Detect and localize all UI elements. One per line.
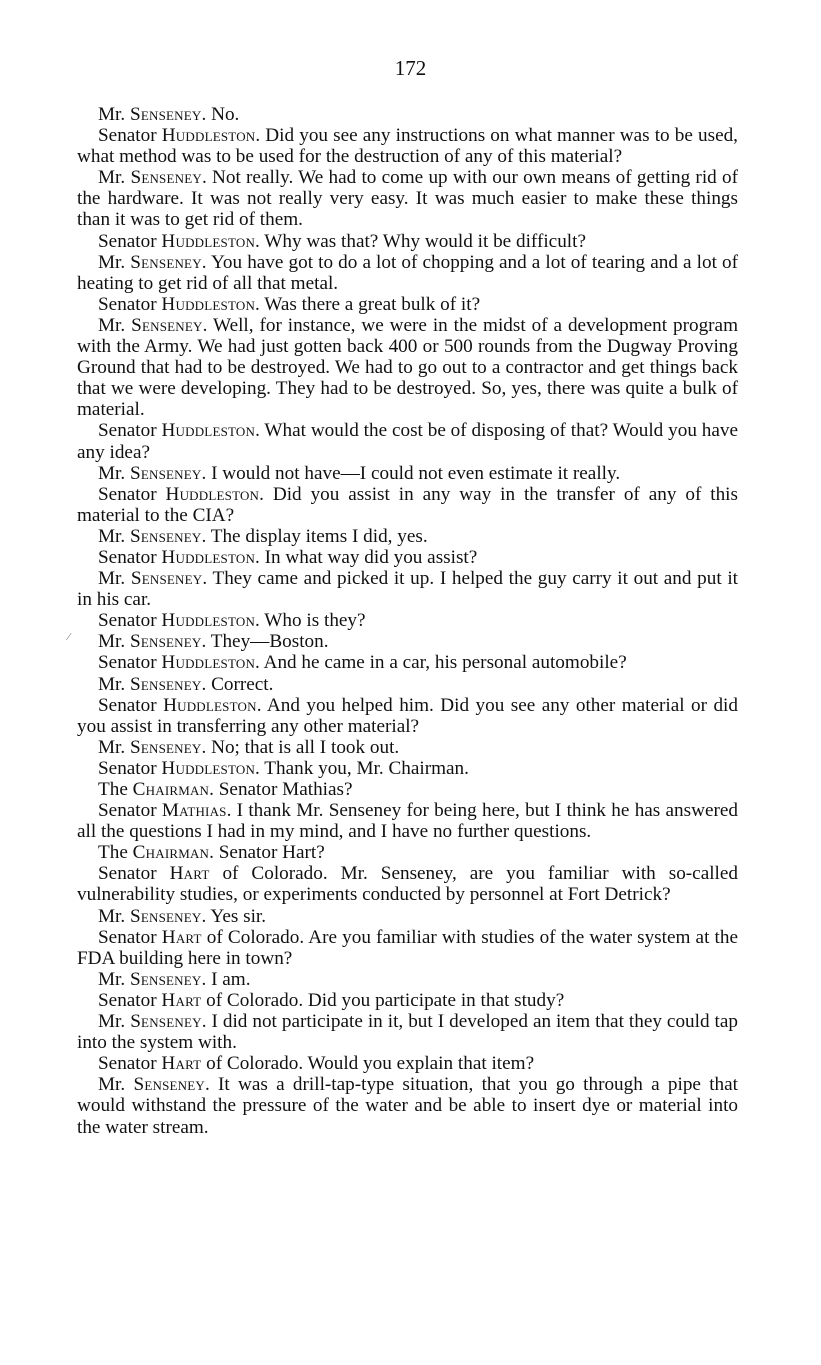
speaker-title: Mr. (98, 969, 130, 990)
transcript-paragraph: Mr. Senseney. I am. (77, 969, 738, 990)
speaker-title: Mr. (98, 252, 130, 273)
speech-text: . Senator Hart? (209, 842, 325, 863)
speaker-name: Mathias (162, 800, 227, 821)
speaker-name: Hart (161, 990, 201, 1011)
speaker-title: Mr. (98, 463, 130, 484)
speaker-title: Senator (98, 652, 161, 673)
speaker-title: Senator (98, 420, 161, 441)
speaker-name: Senseney (130, 463, 202, 484)
speaker-name: Senseney (130, 252, 202, 273)
transcript-paragraph: Senator Huddleston. Who is they? (77, 610, 738, 631)
transcript-paragraph: Senator Hart of Colorado. Mr. Senseney, … (77, 863, 738, 905)
speaker-title: Senator (98, 927, 162, 948)
transcript-paragraph: Senator Huddleston. Why was that? Why wo… (77, 231, 738, 252)
speaker-name: Senseney (130, 737, 202, 758)
speaker-title: Senator (98, 125, 162, 146)
speaker-suffix: of Colorado (201, 1053, 298, 1074)
speaker-title: Mr. (98, 568, 131, 589)
speaker-name: Huddleston (161, 610, 255, 631)
speaker-name: Chairman (133, 842, 210, 863)
speaker-name: Senseney (130, 906, 202, 927)
speaker-name: Hart (170, 863, 210, 884)
page-number: 172 (0, 56, 821, 80)
transcript-paragraph: Senator Huddleston. In what way did you … (77, 547, 738, 568)
speaker-name: Senseney (130, 631, 202, 652)
speaker-name: Huddleston (163, 695, 257, 716)
speaker-title: Mr. (98, 1011, 130, 1032)
transcript-paragraph: Senator Huddleston. Thank you, Mr. Chair… (77, 758, 738, 779)
speech-text: . Did you participate in that study? (298, 990, 564, 1011)
speaker-name: Huddleston (161, 758, 255, 779)
speaker-title: Senator (98, 484, 166, 505)
speaker-name: Senseney (131, 315, 203, 336)
speech-text: . Correct. (202, 674, 274, 695)
transcript-paragraph: Mr. Senseney. Yes sir. (77, 906, 738, 927)
speech-text: . Would you explain that item? (298, 1053, 534, 1074)
speaker-title: Senator (98, 863, 170, 884)
transcript-paragraph: Senator Huddleston. Was there a great bu… (77, 294, 738, 315)
transcript-paragraph: Mr. Senseney. Not really. We had to come… (77, 167, 738, 230)
speech-text: . They—Boston. (202, 631, 329, 652)
speech-text: . Was there a great bulk of it? (255, 294, 480, 315)
speaker-title: Mr. (98, 1074, 133, 1095)
transcript-paragraph: Senator Hart of Colorado. Are you famili… (77, 927, 738, 969)
speaker-name: Senseney (130, 674, 202, 695)
transcript-paragraph: Mr. Senseney. No. (77, 104, 738, 125)
speaker-suffix: of Colorado (202, 927, 300, 948)
transcript-paragraph: Mr. Senseney. It was a drill-tap-type si… (77, 1074, 738, 1137)
speaker-name: Huddleston (166, 484, 260, 505)
transcript-paragraph: Mr. Senseney. Well, for instance, we wer… (77, 315, 738, 420)
speaker-name: Huddleston (161, 547, 255, 568)
speaker-suffix: of Colorado (209, 863, 322, 884)
transcript-paragraph: Senator Mathias. I thank Mr. Senseney fo… (77, 800, 738, 842)
speaker-title: Senator (98, 547, 161, 568)
speech-text: . Senator Mathias? (209, 779, 352, 800)
transcript-paragraph: Mr. Senseney. I would not have—I could n… (77, 463, 738, 484)
testimony-transcript: Mr. Senseney. No.Senator Huddleston. Did… (77, 104, 738, 1138)
speech-text: . No; that is all I took out. (202, 737, 400, 758)
speaker-title: Senator (98, 1053, 161, 1074)
transcript-paragraph: Senator Huddleston. And you helped him. … (77, 695, 738, 737)
speech-text: . And he came in a car, his personal aut… (255, 652, 627, 673)
transcript-paragraph: Senator Huddleston. What would the cost … (77, 420, 738, 462)
transcript-paragraph: Mr. Senseney. No; that is all I took out… (77, 737, 738, 758)
speech-text: . The display items I did, yes. (202, 526, 428, 547)
transcript-paragraph: Mr. Senseney. You have got to do a lot o… (77, 252, 738, 294)
speaker-name: Huddleston (161, 652, 255, 673)
speaker-name: Senseney (130, 1011, 202, 1032)
speech-text: . I would not have—I could not even esti… (202, 463, 621, 484)
speaker-title: Senator (98, 800, 162, 821)
speaker-name: Senseney (133, 1074, 205, 1095)
transcript-paragraph: Senator Hart of Colorado. Would you expl… (77, 1053, 738, 1074)
speaker-name: Chairman (133, 779, 210, 800)
speaker-name: Huddleston (161, 294, 255, 315)
speaker-title: The (98, 779, 133, 800)
transcript-paragraph: The Chairman. Senator Hart? (77, 842, 738, 863)
speaker-title: Senator (98, 695, 163, 716)
speaker-title: Mr. (98, 315, 131, 336)
speaker-title: Mr. (98, 906, 130, 927)
speaker-title: Senator (98, 294, 161, 315)
transcript-paragraph: Senator Huddleston. Did you see any inst… (77, 125, 738, 167)
speaker-name: Senseney (130, 104, 202, 125)
transcript-paragraph: Mr. Senseney. The display items I did, y… (77, 526, 738, 547)
speaker-title: Mr. (98, 674, 130, 695)
speaker-title: The (98, 842, 133, 863)
speech-text: . Why was that? Why would it be difficul… (255, 231, 586, 252)
transcript-paragraph: Senator Huddleston. And he came in a car… (77, 652, 738, 673)
transcript-paragraph: The Chairman. Senator Mathias? (77, 779, 738, 800)
transcript-paragraph: Mr. Senseney. They came and picked it up… (77, 568, 738, 610)
speaker-name: Senseney (131, 568, 203, 589)
speaker-name: Hart (162, 927, 202, 948)
speech-text: . Yes sir. (202, 906, 267, 927)
speaker-title: Senator (98, 990, 161, 1011)
speaker-name: Senseney (130, 167, 202, 188)
speaker-name: Senseney (130, 969, 202, 990)
transcript-paragraph: Mr. Senseney. Correct. (77, 674, 738, 695)
speaker-name: Huddleston (161, 231, 255, 252)
speaker-suffix: of Colorado (201, 990, 298, 1011)
transcript-paragraph: Senator Hart of Colorado. Did you partic… (77, 990, 738, 1011)
speaker-name: Hart (161, 1053, 201, 1074)
speaker-title: Mr. (98, 104, 130, 125)
speaker-title: Mr. (98, 526, 130, 547)
transcript-paragraph: Mr. Senseney. They—Boston. (77, 631, 738, 652)
speaker-name: Senseney (130, 526, 202, 547)
speech-text: . Who is they? (255, 610, 366, 631)
speaker-name: Huddleston (161, 420, 255, 441)
speaker-title: Mr. (98, 631, 130, 652)
transcript-paragraph: Mr. Senseney. I did not participate in i… (77, 1011, 738, 1053)
speech-text: . In what way did you assist? (255, 547, 477, 568)
transcript-paragraph: Senator Huddleston. Did you assist in an… (77, 484, 738, 526)
speaker-title: Mr. (98, 167, 130, 188)
speech-text: . I am. (202, 969, 251, 990)
speaker-name: Huddleston (162, 125, 256, 146)
scan-artifact-mark: ⁄ (68, 632, 70, 643)
speaker-title: Senator (98, 610, 161, 631)
speaker-title: Senator (98, 758, 161, 779)
speech-text: . No. (202, 104, 240, 125)
speech-text: . Thank you, Mr. Chairman. (255, 758, 469, 779)
speaker-title: Mr. (98, 737, 130, 758)
speaker-title: Senator (98, 231, 161, 252)
